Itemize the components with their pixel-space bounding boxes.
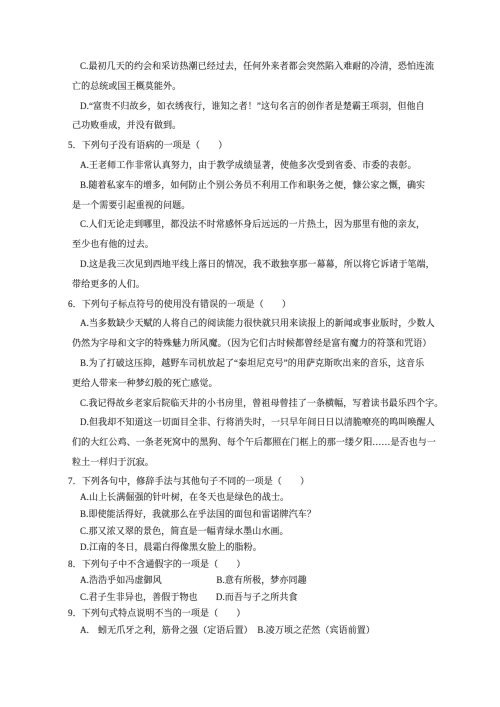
- text-line: A. 蚓无爪牙之利，筋骨之强（定语后置） B.凌万顷之茫然（宾语前置）: [64, 622, 470, 639]
- text-line: 至少也有他的过去。: [64, 235, 470, 255]
- text-line: D.江南的冬日，晨霜白得像黑女脸上的脂粉。: [64, 539, 470, 556]
- text-line: C.君子生非异也，善假于物也 D.而吾与子之所共食: [64, 589, 470, 606]
- text-line: C.我记得故乡老家后院临天井的小书房里，曾祖母曾挂了一条横幅，写着读书最乐四个字…: [64, 394, 470, 414]
- question-7-header: 7．下列各句中，修辞手法与其他句子不同的一项是（ ）: [64, 473, 470, 490]
- text-line: C.那又浓又翠的景色，简直是一幅青绿水墨山水画。: [64, 523, 470, 540]
- text-line: A.王老师工作非常认真努力，由于教学成绩显著，使他多次受到省委、市委的表彰。: [64, 156, 470, 176]
- questions-section-upper: C.最初几天的约会和采访热潮已经过去，任何外来者都会突然陷入难耐的冷清，恐怕连流…: [64, 57, 470, 473]
- question-6-header: 6．下列句子标点符号的使用没有错误的一项是（ ）: [64, 295, 470, 315]
- text-line: C.最初几天的约会和采访热潮已经过去，任何外来者都会突然陷入难耐的冷清，恐怕连流: [64, 57, 470, 77]
- text-line: D.但我却不知道这一切面目全非、行将消失时，一只早年间日日以清脆嘹亮的鸣叫唤醒人: [64, 413, 470, 433]
- text-line: B.随着私家车的增多，如何防止个别公务员不利用工作和职务之便，慷公家之慨，确实: [64, 176, 470, 196]
- question-8-header: 8．下列句子中不含通假字的一项是（ ）: [64, 556, 470, 573]
- text-line: 己功败垂成，并没有做到。: [64, 116, 470, 136]
- exam-document-page: C.最初几天的约会和采访热潮已经过去，任何外来者都会突然陷入难耐的冷清，恐怕连流…: [0, 0, 500, 707]
- text-line: 仍然为字母和文字的特殊魅力所风魔。（因为它们古时候都曾经是富有魔力的符箓和咒语）: [64, 334, 470, 354]
- questions-section-lower: 7．下列各句中，修辞手法与其他句子不同的一项是（ ） A.山上长满倔强的针叶树，…: [64, 473, 470, 639]
- question-9-header: 9．下列句式特点说明不当的一项是（ ）: [64, 605, 470, 622]
- text-line: A.浩浩乎如冯虚御风 B.意有所极，梦亦同趣: [64, 572, 470, 589]
- text-line: 粒土一样归于沉寂。: [64, 453, 470, 473]
- text-line: 们的大红公鸡、一条老死窝中的黑狗、每个午后都照在门框上的那一缕夕阳……是否也与一: [64, 433, 470, 453]
- text-line: 更给人带来一种梦幻般的死亡感觉。: [64, 374, 470, 394]
- text-line: A.山上长满倔强的针叶树，在冬天也是绿色的战士。: [64, 489, 470, 506]
- text-line: 亡的总统或国王概莫能外。: [64, 77, 470, 97]
- text-line: B.即使能活得好，我就那么在乎法国的面包和雷诺牌汽车？: [64, 506, 470, 523]
- text-line: C.人们无论走到哪里，都没法不时常感怀身后远远的一片热土，因为那里有他的亲友，: [64, 215, 470, 235]
- text-line: A.当多数缺少天赋的人将自己的阅读能力很快就只用来读报上的新闻或事业版时，少数人: [64, 314, 470, 334]
- text-line: 是一个需要引起重视的问题。: [64, 196, 470, 216]
- text-line: D.“富贵不归故乡，如衣绣夜行，谁知之者！”这句名言的创作者是楚霸王项羽，但他自: [64, 97, 470, 117]
- text-line: D.这是我三次见到西地平线上落日的情况，我不敢独享那一幕幕，所以将它诉诸于笔端，: [64, 255, 470, 275]
- text-line: B.为了打破这压抑，越野车司机放起了“泰坦尼克号”的用萨克斯吹出来的音乐，这音乐: [64, 354, 470, 374]
- question-5-header: 5．下列句子没有语病的一项是（ ）: [64, 136, 470, 156]
- text-line: 带给更多的人们。: [64, 275, 470, 295]
